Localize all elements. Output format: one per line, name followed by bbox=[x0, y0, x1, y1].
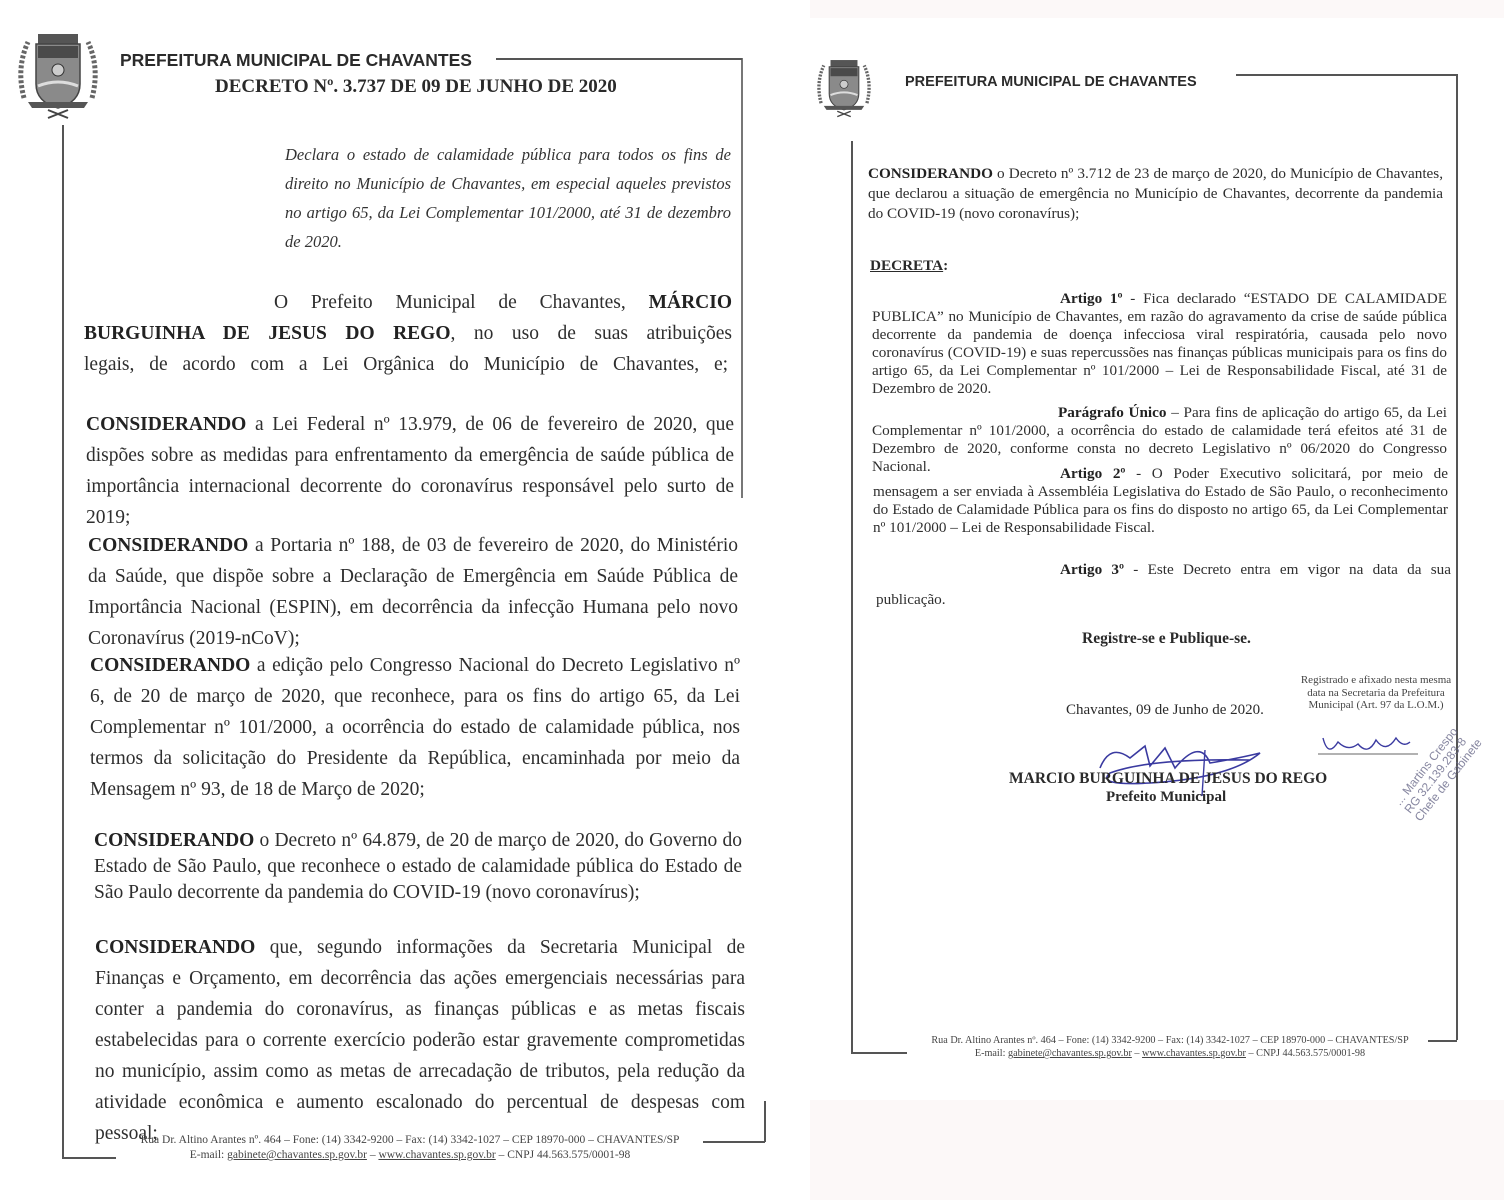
preamble: O Prefeito Municipal de Chavantes, MÁRCI… bbox=[84, 287, 732, 380]
footer-contacts: E-mail: gabinete@chavantes.sp.gov.br – w… bbox=[910, 1047, 1430, 1060]
ementa: Declara o estado de calamidade pública p… bbox=[285, 140, 731, 256]
frame-right-bottom-line bbox=[764, 1101, 766, 1142]
considerando: CONSIDERANDO o Decreto nº 3.712 de 23 de… bbox=[868, 164, 1443, 224]
institution-name: PREFEITURA MUNICIPAL DE CHAVANTES bbox=[905, 74, 1197, 90]
place-date: Chavantes, 09 de Junho de 2020. bbox=[1066, 701, 1264, 719]
article-text: - Fica declarado “ESTADO DE CALAMIDADE P… bbox=[872, 290, 1447, 397]
footer-address: Rua Dr. Altino Arantes nº. 464 – Fone: (… bbox=[910, 1034, 1430, 1047]
signatory-role: Prefeito Municipal bbox=[1106, 789, 1226, 806]
cnpj: – CNPJ 44.563.575/0001-98 bbox=[496, 1149, 631, 1161]
article-label: Artigo 3º bbox=[1060, 561, 1124, 578]
considerando-text: que, segundo informações da Secretaria M… bbox=[95, 937, 745, 1144]
email-label: E-mail: bbox=[190, 1149, 227, 1161]
frame-top-line bbox=[496, 58, 742, 60]
website-link[interactable]: www.chavantes.sp.gov.br bbox=[378, 1149, 495, 1161]
frame-bottom-left-line bbox=[62, 1157, 116, 1159]
article-text: - Este Decreto entra em vigor na data da… bbox=[876, 561, 1451, 608]
frame-bottom-left-line bbox=[851, 1052, 907, 1054]
frame-left-line bbox=[62, 125, 64, 1158]
article-label: Artigo 1º bbox=[1060, 290, 1123, 307]
coat-of-arms-icon bbox=[814, 56, 874, 118]
separator: – bbox=[1132, 1048, 1142, 1059]
registrar-signature-icon bbox=[1318, 728, 1418, 762]
footer-contacts: E-mail: gabinete@chavantes.sp.gov.br – w… bbox=[120, 1148, 700, 1163]
cnpj: – CNPJ 44.563.575/0001-98 bbox=[1246, 1048, 1365, 1059]
page-footer: Rua Dr. Altino Arantes nº. 464 – Fone: (… bbox=[120, 1133, 700, 1163]
email-label: E-mail: bbox=[975, 1048, 1008, 1059]
article-label: Parágrafo Único bbox=[1058, 404, 1166, 421]
decree-title: DECRETO Nº. 3.737 DE 09 DE JUNHO DE 2020 bbox=[215, 76, 617, 98]
email-link[interactable]: gabinete@chavantes.sp.gov.br bbox=[1008, 1048, 1132, 1059]
registry-line: Municipal (Art. 97 da L.O.M.) bbox=[1292, 699, 1460, 712]
considerando-keyword: CONSIDERANDO bbox=[868, 165, 993, 182]
registry-line: Registrado e afixado nesta mesma bbox=[1292, 674, 1460, 687]
registry-line: data na Secretaria da Prefeitura bbox=[1292, 687, 1460, 700]
considerando-1: CONSIDERANDO a Lei Federal nº 13.979, de… bbox=[86, 409, 734, 533]
considerando-5: CONSIDERANDO que, segundo informações da… bbox=[95, 932, 745, 1149]
website-link[interactable]: www.chavantes.sp.gov.br bbox=[1142, 1048, 1246, 1059]
footer-address: Rua Dr. Altino Arantes nº. 464 – Fone: (… bbox=[120, 1133, 700, 1148]
considerando-keyword: CONSIDERANDO bbox=[90, 655, 250, 676]
decreta-heading: DECRETA: bbox=[870, 257, 948, 275]
considerando-4: CONSIDERANDO o Decreto nº 64.879, de 20 … bbox=[94, 828, 742, 906]
closing-formula: Registre-se e Publique-se. bbox=[1082, 630, 1251, 648]
considerando-3: CONSIDERANDO a edição pelo Congresso Nac… bbox=[90, 650, 740, 805]
considerando-keyword: CONSIDERANDO bbox=[94, 830, 254, 851]
considerando-keyword: CONSIDERANDO bbox=[86, 414, 246, 435]
decreta-label: DECRETA bbox=[870, 257, 943, 274]
email-link[interactable]: gabinete@chavantes.sp.gov.br bbox=[227, 1149, 367, 1161]
article-1: Artigo 1º - Fica declarado “ESTADO DE CA… bbox=[872, 290, 1447, 398]
preamble-lead: O Prefeito Municipal de Chavantes, bbox=[274, 292, 649, 313]
signatory-name: MARCIO BURGUINHA DE JESUS DO REGO bbox=[1009, 770, 1327, 788]
article-text: - O Poder Executivo solicitará, por meio… bbox=[873, 465, 1448, 536]
registry-note: Registrado e afixado nesta mesma data na… bbox=[1292, 674, 1460, 712]
considerando-keyword: CONSIDERANDO bbox=[95, 937, 255, 958]
coat-of-arms-icon bbox=[14, 28, 102, 120]
considerando-text: a edição pelo Congresso Nacional do Decr… bbox=[90, 655, 740, 800]
frame-top-line bbox=[1236, 74, 1456, 76]
frame-bottom-right-line bbox=[1428, 1040, 1457, 1042]
considerando-2: CONSIDERANDO a Portaria nº 188, de 03 de… bbox=[88, 530, 738, 654]
institution-name: PREFEITURA MUNICIPAL DE CHAVANTES bbox=[120, 50, 472, 71]
frame-right-line bbox=[741, 58, 743, 498]
article-2: Artigo 2º - O Poder Executivo solicitará… bbox=[873, 465, 1448, 537]
article-3: Artigo 3º - Este Decreto entra em vigor … bbox=[876, 555, 1451, 615]
separator: – bbox=[367, 1149, 379, 1161]
considerando-keyword: CONSIDERANDO bbox=[88, 535, 248, 556]
frame-right-line bbox=[1456, 74, 1458, 1040]
page-footer: Rua Dr. Altino Arantes nº. 464 – Fone: (… bbox=[910, 1034, 1430, 1060]
article-label: Artigo 2º bbox=[1060, 465, 1125, 482]
frame-left-line bbox=[851, 141, 853, 1053]
